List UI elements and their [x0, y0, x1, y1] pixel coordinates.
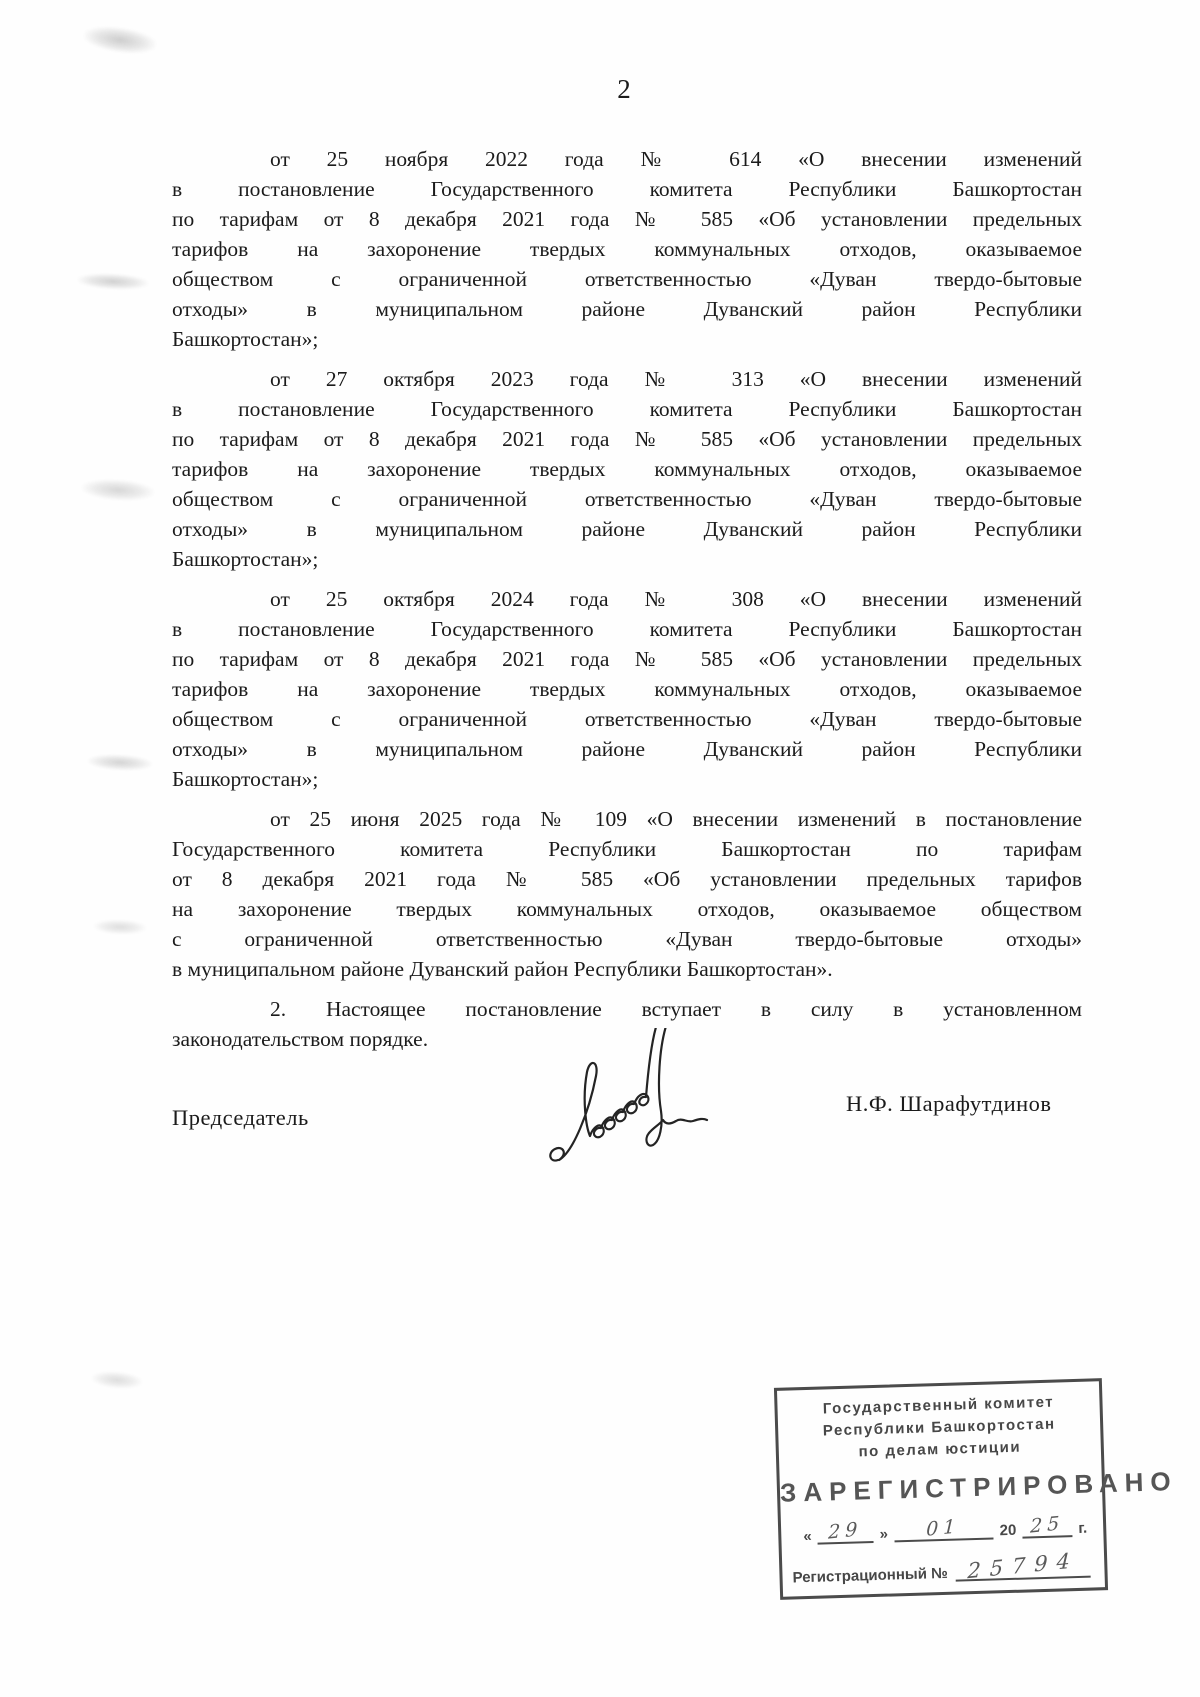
text-line: обществом с ограниченной ответственность…: [172, 484, 1082, 514]
text-line: тарифов на захоронение твердых коммуналь…: [172, 234, 1082, 264]
text-line: тарифов на захоронение твердых коммуналь…: [172, 674, 1082, 704]
paragraph-amendment-2022: от 25 ноября 2022 года № 614 «О внесении…: [172, 144, 1082, 354]
text-line: тарифов на захоронение твердых коммуналь…: [172, 454, 1082, 484]
signatory-name: Н.Ф. Шарафутдинов: [846, 1091, 1096, 1117]
stamp-century: 20: [999, 1522, 1016, 1539]
text-line: Башкортостан»;: [172, 544, 1082, 574]
scan-artifact: [94, 919, 146, 935]
text-line: от 25 ноября 2022 года № 614 «О внесении…: [172, 144, 1082, 174]
text-line: по тарифам от 8 декабря 2021 года № 585 …: [172, 204, 1082, 234]
stamp-month-value: 01: [926, 1515, 961, 1541]
text-line: от 25 октября 2024 года № 308 «О внесени…: [172, 584, 1082, 614]
text-line: от 27 октября 2023 года № 313 «О внесени…: [172, 364, 1082, 394]
document-body: от 25 ноября 2022 года № 614 «О внесении…: [172, 144, 1082, 1064]
scanned-document-page: 2 от 25 ноября 2022 года № 614 «О внесен…: [0, 0, 1200, 1697]
scan-artifact: [81, 478, 154, 503]
text-line: в постановление Государственного комитет…: [172, 174, 1082, 204]
scan-artifact: [91, 1370, 142, 1390]
text-line: от 25 июня 2025 года № 109 «О внесении и…: [172, 804, 1082, 834]
text-line: Башкортостан»;: [172, 764, 1082, 794]
paragraph-amendment-2024: от 25 октября 2024 года № 308 «О внесени…: [172, 584, 1082, 794]
text-line: 2. Настоящее постановление вступает в си…: [172, 994, 1082, 1024]
text-line: на захоронение твердых коммунальных отхо…: [172, 894, 1082, 924]
stamp-year-value: 25: [1030, 1512, 1065, 1538]
stamp-reg-number-value: 25794: [967, 1548, 1079, 1583]
text-line: в постановление Государственного комитет…: [172, 614, 1082, 644]
stamp-reg-number-field: 25794: [955, 1552, 1090, 1582]
scan-artifact: [88, 753, 153, 771]
text-line: Башкортостан»;: [172, 324, 1082, 354]
stamp-registered-word: ЗАРЕГИСТРИРОВАНО: [780, 1468, 1103, 1509]
signatory-title: Председатель: [172, 1105, 309, 1131]
text-line: в постановление Государственного комитет…: [172, 394, 1082, 424]
text-line: обществом с ограниченной ответственность…: [172, 704, 1082, 734]
scan-artifact: [83, 23, 158, 57]
text-line: отходы» в муниципальном районе Дуванский…: [172, 514, 1082, 544]
text-line: с ограниченной ответственностью «Дуван т…: [172, 924, 1082, 954]
text-line: по тарифам от 8 декабря 2021 года № 585 …: [172, 424, 1082, 454]
stamp-day-value: 29: [828, 1518, 863, 1544]
registration-stamp: Государственный комитет Республики Башко…: [774, 1378, 1108, 1600]
stamp-date-row: « 29 » 01 20 25 г.: [781, 1512, 1104, 1546]
page-number: 2: [600, 74, 648, 105]
text-line: в муниципальном районе Дуванский район Р…: [172, 954, 1082, 984]
text-line: отходы» в муниципальном районе Дуванский…: [172, 734, 1082, 764]
text-line: обществом с ограниченной ответственность…: [172, 264, 1082, 294]
stamp-year-suffix: г.: [1078, 1520, 1087, 1537]
stamp-month-field: 01: [894, 1515, 994, 1542]
stamp-close-quote: »: [879, 1526, 888, 1543]
stamp-year-field: 25: [1022, 1513, 1073, 1538]
paragraph-amendment-2025: от 25 июня 2025 года № 109 «О внесении и…: [172, 804, 1082, 984]
stamp-reg-label: Регистрационный №: [792, 1565, 948, 1587]
text-line: отходы» в муниципальном районе Дуванский…: [172, 294, 1082, 324]
text-line: от 8 декабря 2021 года № 585 «Об установ…: [172, 864, 1082, 894]
scan-artifact: [78, 272, 149, 291]
stamp-day-field: 29: [817, 1519, 874, 1545]
stamp-reg-row: Регистрационный № 25794: [782, 1551, 1105, 1587]
text-line: по тарифам от 8 декабря 2021 года № 585 …: [172, 644, 1082, 674]
stamp-org: Государственный комитет Республики Башко…: [777, 1390, 1101, 1466]
stamp-open-quote: «: [803, 1528, 812, 1545]
signature-scribble: [548, 1028, 733, 1180]
paragraph-amendment-2023: от 27 октября 2023 года № 313 «О внесени…: [172, 364, 1082, 574]
text-line: Государственного комитета Республики Баш…: [172, 834, 1082, 864]
